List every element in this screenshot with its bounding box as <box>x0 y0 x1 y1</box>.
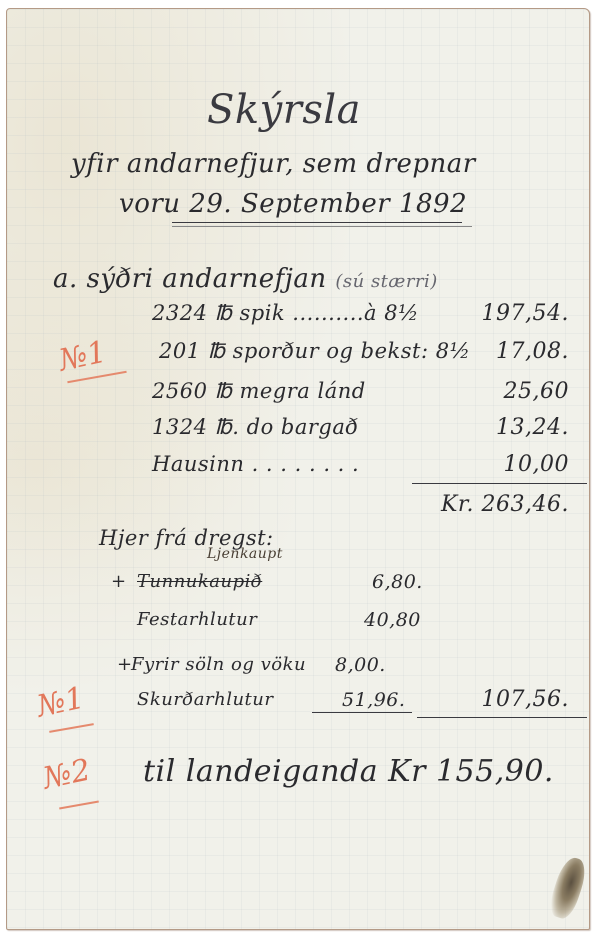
deduction-description: Tunnukaupið <box>137 571 262 592</box>
document-subtitle-line2: voru 29. September 1892 <box>119 189 467 219</box>
deduction-description: Skurðarhlutur <box>137 689 273 710</box>
subtotal-rule <box>412 483 587 484</box>
deduction-description: Fyrir söln og vöku <box>131 654 306 675</box>
line-item-description: Hausinn . . . . . . . . <box>152 452 359 476</box>
final-total-line: til landeiganda Kr 155,90. <box>143 754 554 789</box>
line-item-amount: 13,24. <box>496 415 569 440</box>
line-item-description: 1324 ℔. do bargað <box>152 415 359 439</box>
title-underline-2 <box>172 226 472 227</box>
line-item-amount: 197,54. <box>482 301 569 326</box>
margin-mark-red: №2 <box>40 752 94 796</box>
section-a-total: Kr. 263,46. <box>441 492 569 517</box>
manuscript-page: Skýrsla yfir andarnefjur, sem drepnar vo… <box>6 8 590 930</box>
line-item-description: 2324 ℔ spik ..........à 8½ <box>152 301 419 325</box>
deduction-underline <box>312 712 412 713</box>
deductions-total: 107,56. <box>482 687 569 712</box>
deduction-description: Festarhlutur <box>137 609 257 630</box>
line-item-amount: 17,08. <box>496 339 569 364</box>
deduction-amount: 40,80 <box>364 609 421 631</box>
line-item-description: 201 ℔ sporður og bekst: 8½ <box>159 339 470 363</box>
line-item-description: 2560 ℔ megra lánd <box>152 379 366 403</box>
document-title: Skýrsla <box>207 87 361 133</box>
section-a-heading: a. sýðri andarnefjan (sú stærri) <box>53 264 438 294</box>
deduction-amount: 8,00. <box>335 654 386 676</box>
document-subtitle-line1: yfir andarnefjur, sem drepnar <box>71 149 476 179</box>
section-heading-text: sýðri andarnefjan <box>87 264 327 294</box>
margin-mark-red: №1 <box>56 334 110 378</box>
ink-stain <box>546 855 590 922</box>
margin-mark-underline <box>59 801 99 810</box>
deduction-amount: 51,96. <box>342 689 405 711</box>
line-item-amount: 25,60 <box>504 379 569 404</box>
deduction-amount: 6,80. <box>372 571 423 593</box>
line-item-amount: 10,00 <box>504 452 569 477</box>
correction-note: Ljenkaupt <box>207 546 283 562</box>
margin-mark-underline <box>49 723 94 733</box>
section-label: a. <box>53 264 78 294</box>
deductions-total-rule <box>417 717 587 718</box>
margin-mark-red: №1 <box>34 680 88 724</box>
section-note: (sú stærri) <box>335 271 437 292</box>
title-underline <box>172 222 462 223</box>
deduction-marker: + <box>111 571 127 592</box>
